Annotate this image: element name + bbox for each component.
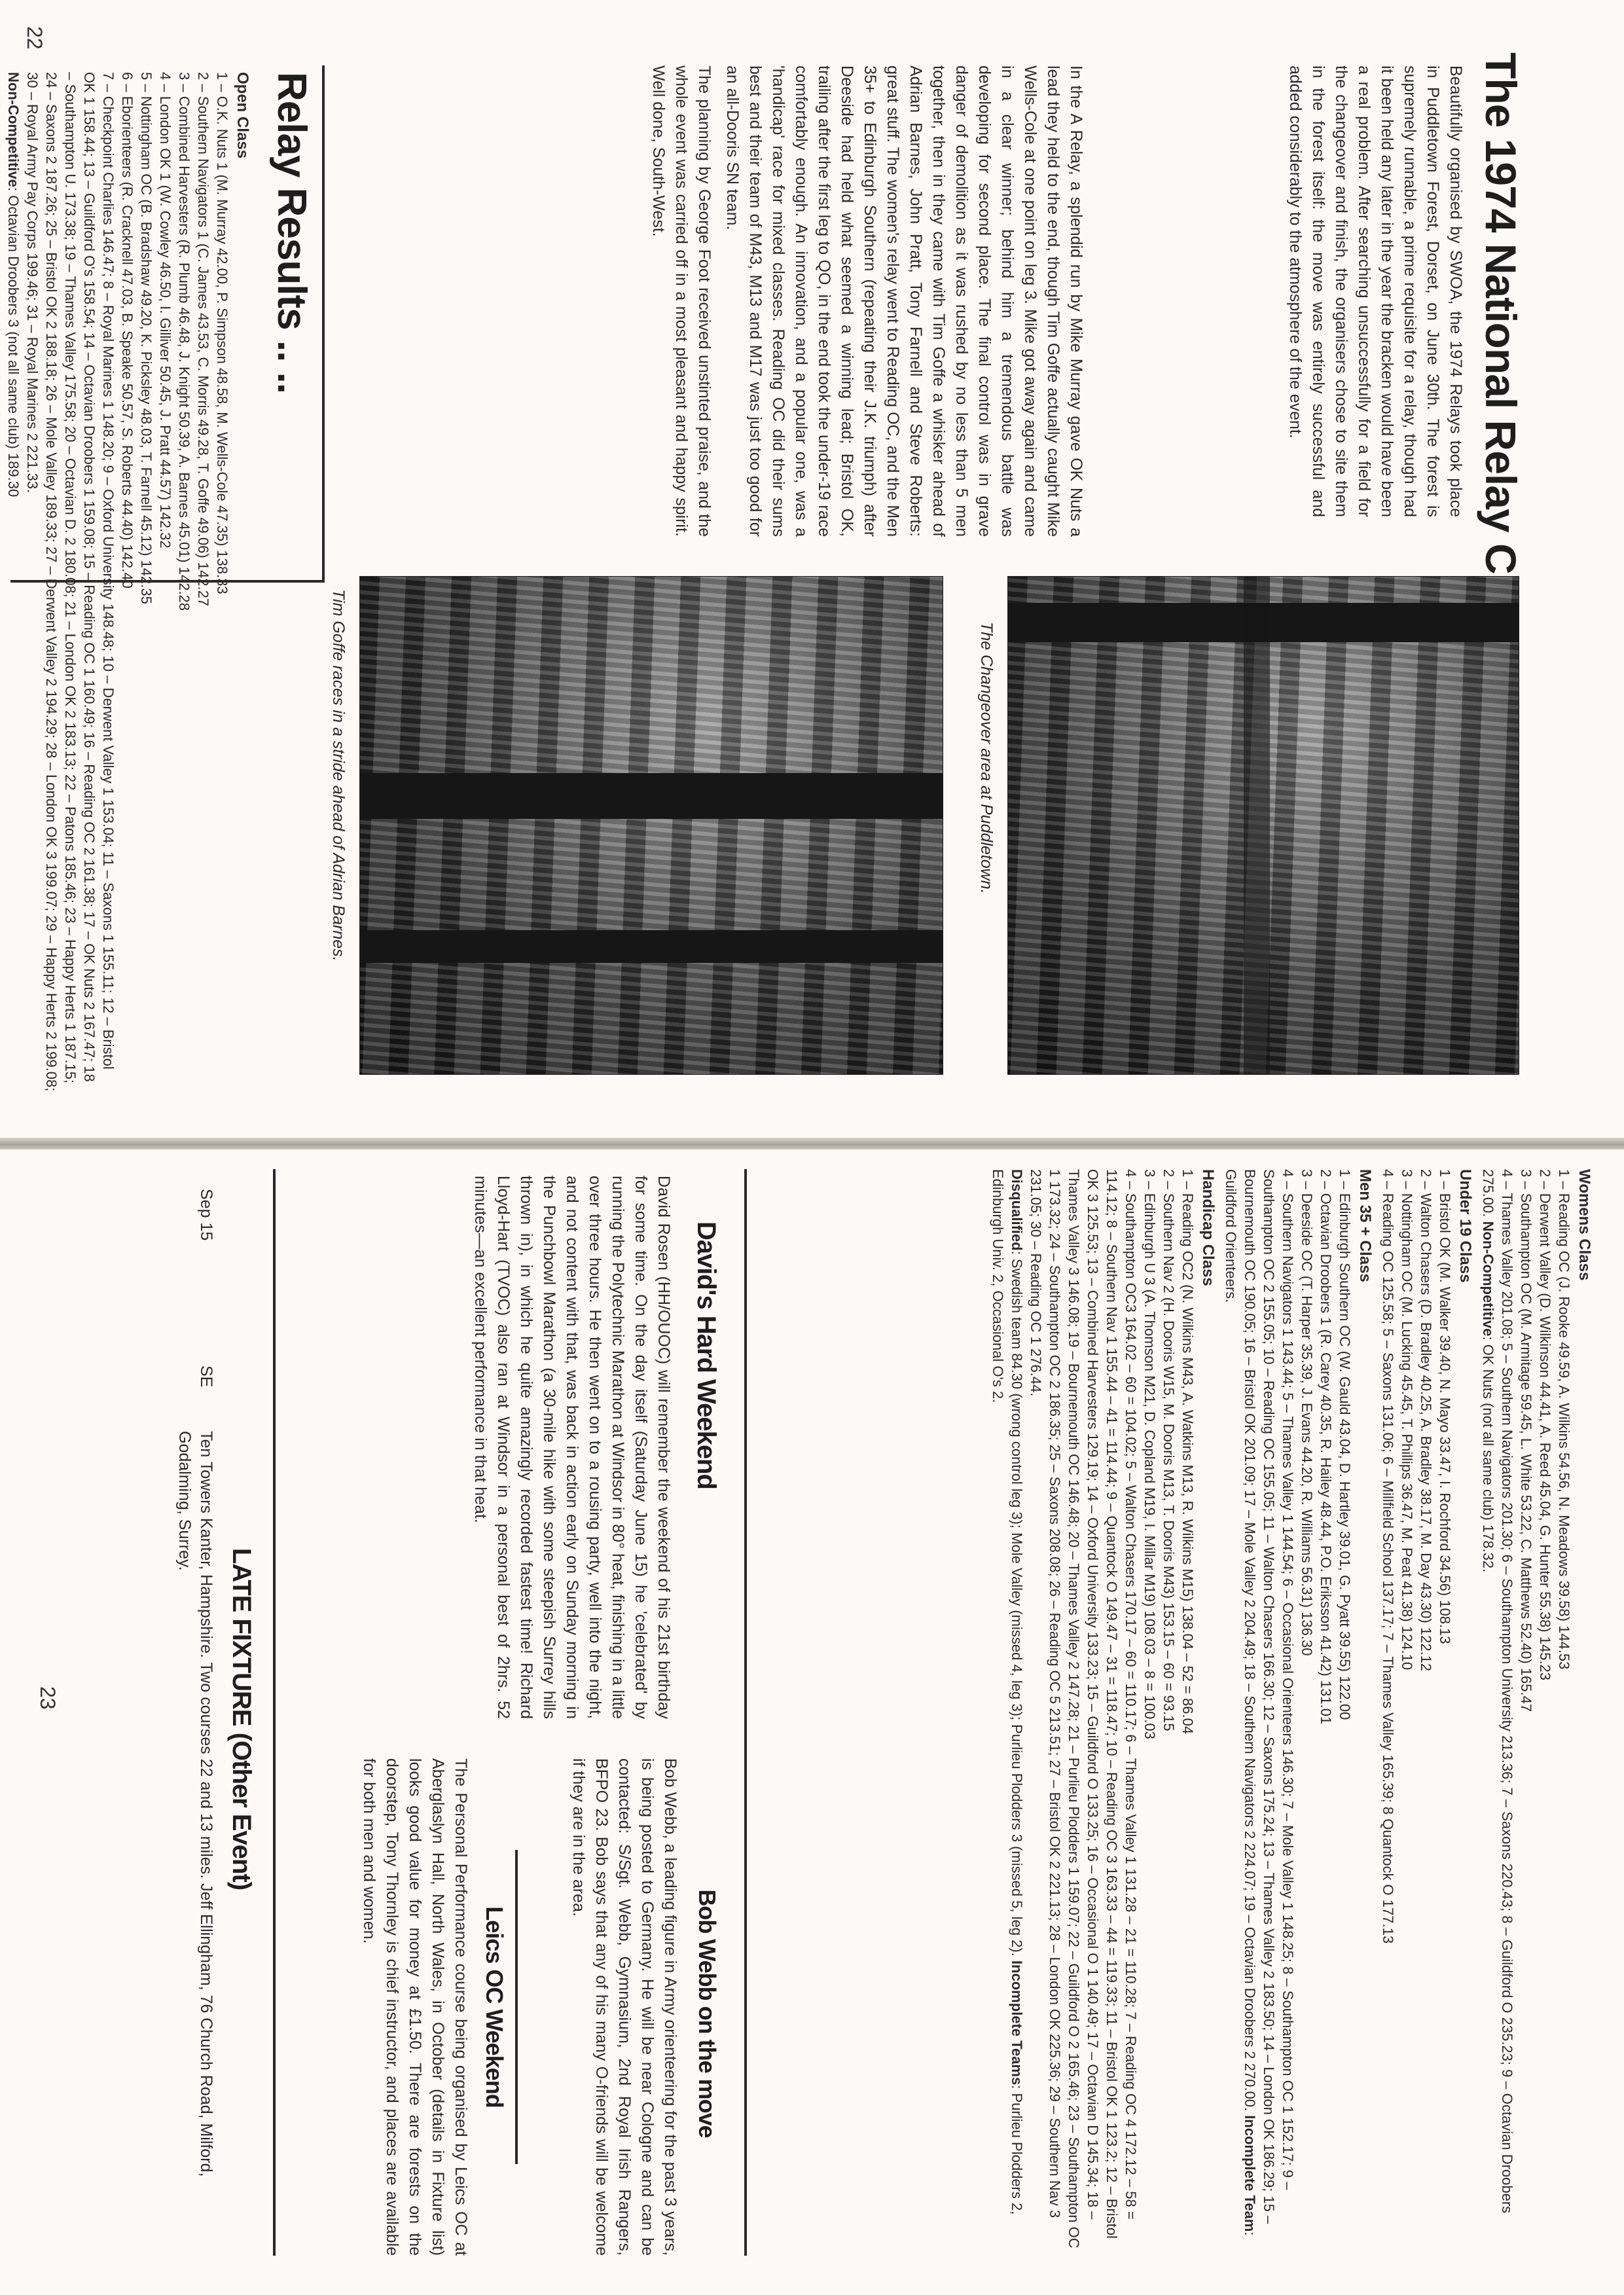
disqualified-text: : Swedish team 84.30 (wrong control leg …	[1009, 1251, 1025, 1957]
men35-class-title: Men 35 + Class	[1356, 1169, 1375, 2256]
changeover-photo	[1007, 576, 1519, 1075]
result-row: 7 – Checkpoint Charlies 146.47; 8 – Roya…	[23, 72, 118, 1093]
leics-divider	[515, 1850, 518, 2164]
result-row: 1 – Reading OC (J. Rooke 49.59, A. Wilki…	[1555, 1169, 1574, 2256]
open-class-results: Open Class 1 – O.K. Nuts 1 (M. Murray 42…	[0, 72, 256, 1093]
fixture-divider	[273, 1169, 276, 2256]
changeover-photo-caption: The Changeover area at Puddletown.	[977, 622, 996, 1080]
non-competitive-text: : Octavian Droobers 3 (not all same club…	[5, 187, 22, 497]
photo-tree	[360, 773, 943, 819]
non-competitive-line: Non-Competitive: Octavian Droobers 3 (no…	[4, 72, 23, 1093]
result-row: 3 – Deeside OC (T. Harper 35.39, J. Evan…	[1297, 1169, 1316, 2256]
result-row: 4 – London OK 1 (W. Cowley 46.50, I. Gil…	[156, 72, 175, 1093]
result-row: 2 – Walton Chasers (D. Bradley 40.25, A.…	[1416, 1169, 1435, 2256]
tim-goffe-photo-caption: Tim Goffe races in a stride ahead of Adr…	[329, 589, 348, 1074]
result-row: 1 – Bristol OK (M. Walker 39.40, N. Mayo…	[1435, 1169, 1454, 2256]
results-divider	[322, 65, 325, 583]
bob-webb-body: Bob Webb, a leading figure in Army orien…	[567, 1758, 681, 2256]
article-paragraph: Beautifully organised by SWOA, the 1974 …	[1284, 65, 1467, 517]
non-competitive-text: : OK Nuts (not all same club) 178.32.	[1480, 1337, 1496, 1573]
result-row: 3 – Southampton OC (M. Armitage 59.45, L…	[1517, 1169, 1536, 2256]
fixture-region: SE	[195, 1365, 217, 1387]
result-row: 2 – Octavian Droobers 1 (R. Carey 40.35,…	[1316, 1169, 1335, 2256]
result-row: 1 – Edinburgh Southern OC (W. Gauld 43.0…	[1335, 1169, 1354, 2256]
incomplete-team-label: Incomplete Team	[1242, 2115, 1258, 2232]
page-number: 22	[22, 26, 46, 50]
incomplete-teams-label: Incomplete Teams	[0, 72, 3, 196]
fixture-date: Sep 15	[195, 1189, 217, 1240]
result-row: 1 – Reading OC2 (N. Wilkins M43, A. Watk…	[1178, 1169, 1197, 2256]
handicap-class-title: Handicap Class	[1199, 1169, 1218, 2256]
magazine-page-22: The 1974 National Relay Championships Be…	[0, 0, 1624, 1146]
result-row: 4 – Southampton OC3 164.02 – 60 = 104.02…	[1026, 1169, 1140, 2256]
result-row: 3 – Combined Harvesters (R. Plumb 46.48,…	[175, 72, 194, 1093]
leics-weekend-headline: Leics OC Weekend	[480, 1804, 508, 2210]
result-row: 2 – Derwent Valley (D. Wilkinson 44.41, …	[1536, 1169, 1555, 2256]
article-paragraph: In the A Relay, a splendid run by Mike M…	[721, 65, 1087, 537]
incomplete-teams-text: : Saxons 3, Harlequins, Lanchester Poly.	[0, 196, 3, 456]
photo-tree	[1244, 577, 1270, 1074]
incomplete-teams-label: Incomplete Teams	[1009, 1961, 1025, 2085]
result-row: 3 – Edinburgh U 3 (A. Thomson M21, D. Co…	[1140, 1169, 1159, 2256]
tim-goffe-photo	[359, 576, 943, 1075]
bob-webb-headline: Bob Webb on the move	[693, 1778, 721, 2249]
non-competitive-label: Non-Competitive	[5, 72, 22, 187]
result-row: 3 – Nottingham OC (M. Lucking 45.45, T. …	[1398, 1169, 1416, 2256]
disqualified-line: Disqualified: Swedish team 84.30 (wrong …	[988, 1169, 1026, 2256]
results-headline: Relay Results .. ..	[268, 72, 315, 569]
fixture-details: Ten Towers Kanter, Hampshire. Two course…	[173, 1431, 217, 2256]
article-paragraph: The planning by George Foot received uns…	[647, 65, 715, 537]
open-class-title: Open Class	[233, 72, 252, 1093]
result-row: 4 – Reading OC 125.58; 5 – Saxons 131.06…	[1379, 1169, 1398, 2256]
result-row-text: 4 – Southern Navigators 1 143.44; 5 – Th…	[1242, 1169, 1296, 2224]
non-competitive-label: Non-Competitive	[1480, 1221, 1496, 1337]
late-fixture-headline: LATE FIXTURE (Other Event)	[226, 1424, 256, 2014]
result-row: 4 – Southern Navigators 1 143.44; 5 – Th…	[1221, 1169, 1297, 2256]
results-continued: Womens Class 1 – Reading OC (J. Rooke 49…	[988, 1169, 1598, 2256]
davids-weekend-headline: David's Hard Weekend	[691, 1221, 721, 1719]
result-row: 6 – Eborienteers (R. Cracknell 47.03, B.…	[118, 72, 137, 1093]
result-row: 5 – Nottingham OC (B. Bradshaw 49.20, K.…	[137, 72, 156, 1093]
womens-class-title: Womens Class	[1575, 1169, 1594, 2256]
leics-weekend-body: The Personal Performance course being or…	[357, 1758, 472, 2256]
magazine-page-23: Womens Class 1 – Reading OC (J. Rooke 49…	[0, 1149, 1624, 2295]
incomplete-teams-line: Incomplete Teams: Saxons 3, Harlequins, …	[0, 72, 4, 1093]
page-number: 23	[35, 1686, 60, 1710]
section-divider	[744, 1169, 747, 2256]
result-row: 2 – Southern Nav 2 (H. Dooris W15, M. Do…	[1159, 1169, 1178, 2256]
article-body-continued: In the A Relay, a splendid run by Mike M…	[641, 65, 1087, 537]
result-row: 1 – O.K. Nuts 1 (M. Murray 42.00, P. Sim…	[213, 72, 232, 1093]
result-row: 4 – Thames Valley 201.08; 5 – Southern N…	[1479, 1169, 1517, 2256]
under19-class-title: Under 19 Class	[1456, 1169, 1475, 2256]
photo-tree	[360, 930, 943, 963]
disqualified-label: Disqualified	[1009, 1169, 1025, 1251]
davids-weekend-body: David Rosen (HH/OUOC) will remember the …	[469, 1176, 675, 1719]
result-row: 2 – Southern Navigators 1 (C. James 43.5…	[194, 72, 213, 1093]
